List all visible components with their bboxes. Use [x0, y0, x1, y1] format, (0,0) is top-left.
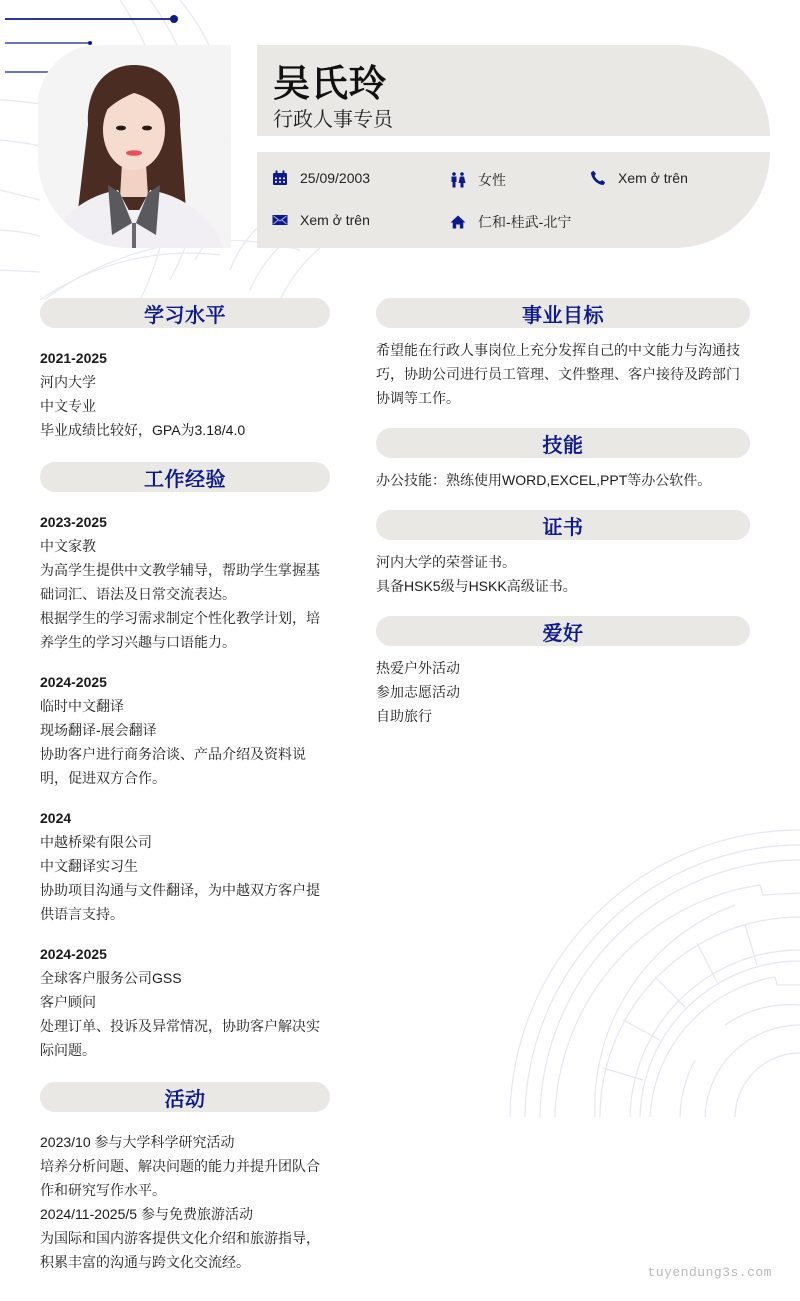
- entry-line: 中文专业: [40, 394, 330, 418]
- entry-line: 中文家教: [40, 534, 330, 558]
- entry-line: 毕业成绩比较好，GPA为3.18/4.0: [40, 418, 330, 442]
- header-contact-panel: 25/09/2003 女性 Xem ở trên Xem ở trên 仁和-桂…: [257, 152, 770, 248]
- entry-line: 中文翻译实习生: [40, 854, 330, 878]
- section-career-goal: 事业目标 希望能在行政人事岗位上充分发挥自己的中文能力与沟通技巧，协助公司进行员…: [376, 298, 750, 410]
- phone-value: Xem ở trên: [618, 170, 688, 186]
- section-certificates: 证书 河内大学的荣誉证书。 具备HSK5级与HSKK高级证书。: [376, 510, 750, 598]
- birthday-value: 25/09/2003: [300, 170, 370, 186]
- right-column: 事业目标 希望能在行政人事岗位上充分发挥自己的中文能力与沟通技巧，协助公司进行员…: [376, 298, 750, 746]
- calendar-icon: [272, 170, 288, 186]
- entry-line: 全球客户服务公司GSS: [40, 966, 330, 990]
- profile-photo: [38, 45, 231, 248]
- section-title-education: 学习水平: [40, 298, 330, 328]
- entry-date: 2024-2025: [40, 942, 330, 966]
- hobby-line: 自助旅行: [376, 704, 750, 728]
- entry-line: 根据学生的学习需求制定个性化教学计划，培养学生的学习兴趣与口语能力。: [40, 606, 330, 654]
- experience-entry: 2024-2025 全球客户服务公司GSS 客户顾问 处理订单、投诉及异常情况，…: [40, 942, 330, 1062]
- watermark: tuyendung3s.com: [647, 1265, 772, 1280]
- home-icon: [450, 214, 466, 230]
- experience-entry: 2023-2025 中文家教 为高学生提供中文教学辅导，帮助学生掌握基础词汇、语…: [40, 510, 330, 654]
- entry-date: 2024: [40, 806, 330, 830]
- education-entry: 2021-2025 河内大学 中文专业 毕业成绩比较好，GPA为3.18/4.0: [40, 346, 330, 442]
- activity-line: 为国际和国内游客提供文化介绍和旅游指导，积累丰富的沟通与跨文化交流经。: [40, 1226, 330, 1274]
- info-gender: 女性: [450, 170, 506, 190]
- activity-line: 培养分析问题、解决问题的能力并提升团队合作和研究写作水平。: [40, 1154, 330, 1202]
- section-title-certificates: 证书: [376, 510, 750, 540]
- entry-date: 2021-2025: [40, 346, 330, 370]
- section-title-career-goal: 事业目标: [376, 298, 750, 328]
- activity-line: 2024/11-2025/5 参与免费旅游活动: [40, 1202, 330, 1226]
- entry-line: 现场翻译-展会翻译: [40, 718, 330, 742]
- hobby-line: 参加志愿活动: [376, 680, 750, 704]
- section-title-activities: 活动: [40, 1082, 330, 1112]
- email-value: Xem ở trên: [300, 212, 370, 228]
- section-skills: 技能 办公技能：熟练使用WORD,EXCEL,PPT等办公软件。: [376, 428, 750, 492]
- entry-date: 2023-2025: [40, 510, 330, 534]
- background-arcs-bottom: [505, 825, 800, 1117]
- entry-line: 处理订单、投诉及异常情况，协助客户解决实际问题。: [40, 1014, 330, 1062]
- section-activities: 活动 2023/10 参与大学科学研究活动 培养分析问题、解决问题的能力并提升团…: [40, 1082, 330, 1274]
- section-hobbies: 爱好 热爱户外活动 参加志愿活动 自助旅行: [376, 616, 750, 728]
- gender-value: 女性: [478, 170, 506, 190]
- section-title-skills: 技能: [376, 428, 750, 458]
- experience-entry: 2024 中越桥梁有限公司 中文翻译实习生 协助项目沟通与文件翻译，为中越双方客…: [40, 806, 330, 926]
- certificate-line: 河内大学的荣誉证书。: [376, 550, 750, 574]
- activity-line: 2023/10 参与大学科学研究活动: [40, 1130, 330, 1154]
- info-address: 仁和-桂武-北宁: [450, 212, 571, 232]
- address-value: 仁和-桂武-北宁: [478, 212, 571, 232]
- entry-line: 客户顾问: [40, 990, 330, 1014]
- entry-line: 协助项目沟通与文件翻译，为中越双方客户提供语言支持。: [40, 878, 330, 926]
- entry-date: 2024-2025: [40, 670, 330, 694]
- section-experience: 工作经验 2023-2025 中文家教 为高学生提供中文教学辅导，帮助学生掌握基…: [40, 462, 330, 1062]
- entry-line: 临时中文翻译: [40, 694, 330, 718]
- experience-entry: 2024-2025 临时中文翻译 现场翻译-展会翻译 协助客户进行商务洽谈、产品…: [40, 670, 330, 790]
- info-birthday: 25/09/2003: [272, 170, 370, 186]
- envelope-icon: [272, 212, 288, 228]
- candidate-name: 吴氏玲: [273, 53, 387, 107]
- entry-line: 中越桥梁有限公司: [40, 830, 330, 854]
- gender-icon: [450, 172, 466, 188]
- section-title-hobbies: 爱好: [376, 616, 750, 646]
- career-goal-text: 希望能在行政人事岗位上充分发挥自己的中文能力与沟通技巧，协助公司进行员工管理、文…: [376, 338, 750, 410]
- skill-line: 办公技能：熟练使用WORD,EXCEL,PPT等办公软件。: [376, 468, 750, 492]
- left-column: 学习水平 2021-2025 河内大学 中文专业 毕业成绩比较好，GPA为3.1…: [40, 298, 330, 1294]
- info-email: Xem ở trên: [272, 212, 370, 228]
- info-phone: Xem ở trên: [590, 170, 688, 186]
- entry-line: 为高学生提供中文教学辅导，帮助学生掌握基础词汇、语法及日常交流表达。: [40, 558, 330, 606]
- job-title: 行政人事专员: [273, 103, 393, 132]
- entry-line: 协助客户进行商务洽谈、产品介绍及资料说明，促进双方合作。: [40, 742, 330, 790]
- header-name-panel: 吴氏玲 行政人事专员: [257, 45, 770, 136]
- section-education: 学习水平 2021-2025 河内大学 中文专业 毕业成绩比较好，GPA为3.1…: [40, 298, 330, 442]
- section-title-experience: 工作经验: [40, 462, 330, 492]
- hobby-line: 热爱户外活动: [376, 656, 750, 680]
- entry-line: 河内大学: [40, 370, 330, 394]
- certificate-line: 具备HSK5级与HSKK高级证书。: [376, 574, 750, 598]
- phone-icon: [590, 170, 606, 186]
